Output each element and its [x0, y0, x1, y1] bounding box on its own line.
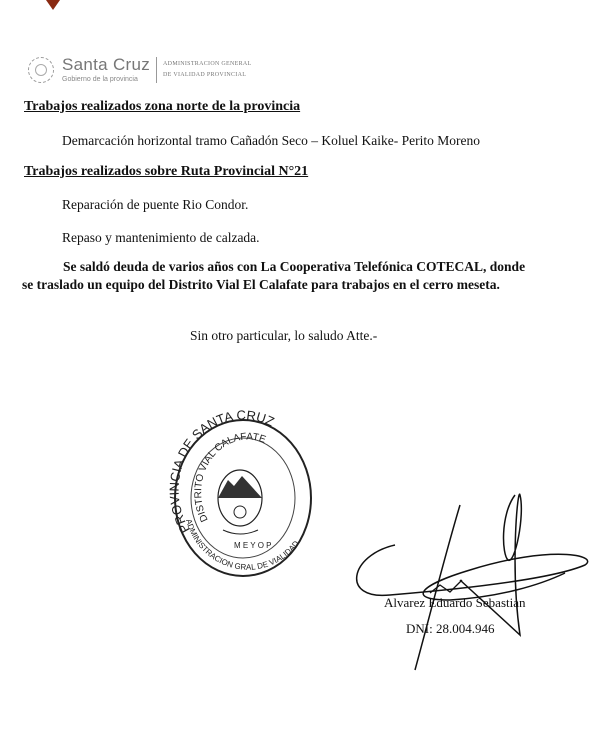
section-heading-route-21: Trabajos realizados sobre Ruta Provincia…: [24, 164, 308, 180]
stamp-inner-text: DISTRITO VIAL CALAFATE: [193, 432, 267, 524]
brand-subtitle: Gobierno de la provincia: [62, 76, 150, 83]
stamp-center-text: M E Y O P: [234, 541, 272, 550]
debt-paragraph-line-1: Se saldó deuda de varios años con La Coo…: [22, 258, 582, 276]
section-item: Demarcación horizontal tramo Cañadón Sec…: [62, 133, 480, 149]
section-item: Repaso y mantenimiento de calzada.: [62, 230, 260, 246]
corner-mark: [46, 0, 60, 10]
debt-paragraph: Se saldó deuda de varios años con La Coo…: [22, 258, 582, 294]
signer-name: Alvarez Eduardo Sebastian: [384, 595, 526, 611]
admin-block: ADMINISTRACION GENERAL DE VIALIDAD PROVI…: [163, 59, 251, 81]
debt-paragraph-line-2: se traslado un equipo del Distrito Vial …: [22, 276, 582, 294]
coat-of-arms-icon: [218, 470, 262, 534]
closing-text: Sin otro particular, lo saludo Atte.-: [190, 328, 377, 344]
signature-scribble: [350, 485, 600, 675]
brand: Santa Cruz Gobierno de la provincia: [62, 56, 150, 83]
section-heading-north: Trabajos realizados zona norte de la pro…: [24, 99, 300, 115]
admin-line-2: DE VIALIDAD PROVINCIAL: [163, 70, 251, 81]
section-item: Reparación de puente Rio Condor.: [62, 197, 248, 213]
divider: [156, 57, 157, 83]
province-seal-icon: [28, 57, 54, 83]
stamp-outer-text: PROVINCIA DE SANTA CRUZ: [168, 410, 277, 536]
signer-dni: DNI: 28.004.946: [406, 621, 494, 637]
brand-name: Santa Cruz: [62, 56, 150, 73]
admin-line-1: ADMINISTRACION GENERAL: [163, 59, 251, 70]
letterhead: Santa Cruz Gobierno de la provincia ADMI…: [28, 56, 251, 83]
official-stamp: PROVINCIA DE SANTA CRUZ DISTRITO VIAL CA…: [168, 410, 318, 580]
